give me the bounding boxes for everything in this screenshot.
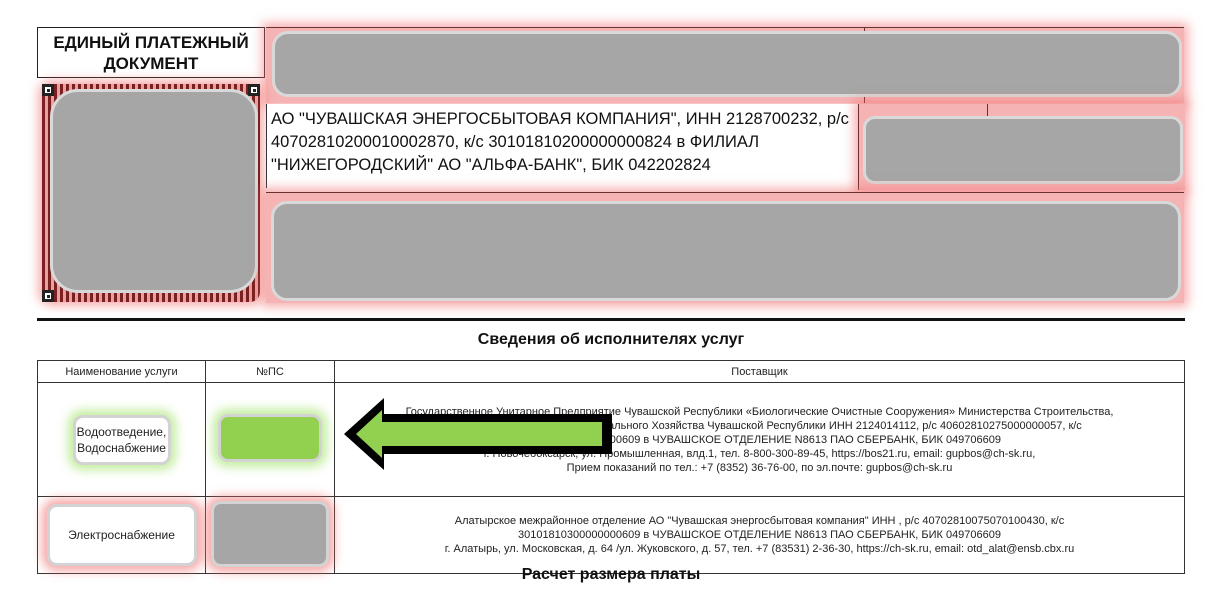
- providers-section-title: Сведения об исполнителях услуг: [37, 331, 1185, 349]
- qr-finder-icon: [42, 84, 54, 96]
- supplier-line: 30101810300000000609 в ЧУВАШСКОЕ ОТДЕЛЕН…: [339, 528, 1180, 542]
- service-name: Водоотведение, Водоснабжение: [73, 415, 171, 465]
- service-name: Электроснабжение: [47, 504, 197, 566]
- column-header-service: Наименование услуги: [38, 361, 206, 383]
- service-cell: Электроснабжение: [38, 497, 206, 574]
- redacted-amount: [863, 116, 1183, 184]
- redacted-ps-number: [211, 501, 329, 567]
- qr-code: [42, 84, 260, 302]
- supplier-cell: Алатырское межрайонное отделение АО "Чув…: [335, 497, 1185, 574]
- redacted-qr: [50, 89, 258, 293]
- qr-finder-icon: [42, 290, 54, 302]
- supplier-line: г. Алатырь, ул. Московская, д. 64 /ул. Ж…: [339, 542, 1180, 556]
- due-date-cell: [858, 104, 1185, 190]
- column-header-ps: №ПС: [206, 361, 335, 383]
- ps-cell: [206, 383, 335, 497]
- account-info-band: [266, 192, 1184, 303]
- recipient-details: АО "ЧУВАШСКАЯ ЭНЕРГОСБЫТОВАЯ КОМПАНИЯ", …: [266, 104, 858, 188]
- ps-number-highlight: [218, 414, 322, 462]
- left-arrow-icon: [340, 398, 620, 470]
- column-header-supplier: Поставщик: [335, 361, 1185, 383]
- qr-finder-icon: [248, 84, 260, 96]
- redacted-account-info: [271, 201, 1181, 301]
- section-divider: [37, 318, 1185, 321]
- header-info-band: [266, 27, 1184, 103]
- service-cell: Водоотведение, Водоснабжение: [38, 383, 206, 497]
- table-row: Электроснабжение Алатырское межрайонное …: [38, 497, 1185, 574]
- calc-section-title: Расчет размера платы: [37, 566, 1185, 584]
- ps-cell: [206, 497, 335, 574]
- redacted-payer-info: [272, 31, 1182, 97]
- supplier-line: Алатырское межрайонное отделение АО "Чув…: [339, 514, 1180, 528]
- document-title: ЕДИНЫЙ ПЛАТЕЖНЫЙ ДОКУМЕНТ: [37, 27, 265, 78]
